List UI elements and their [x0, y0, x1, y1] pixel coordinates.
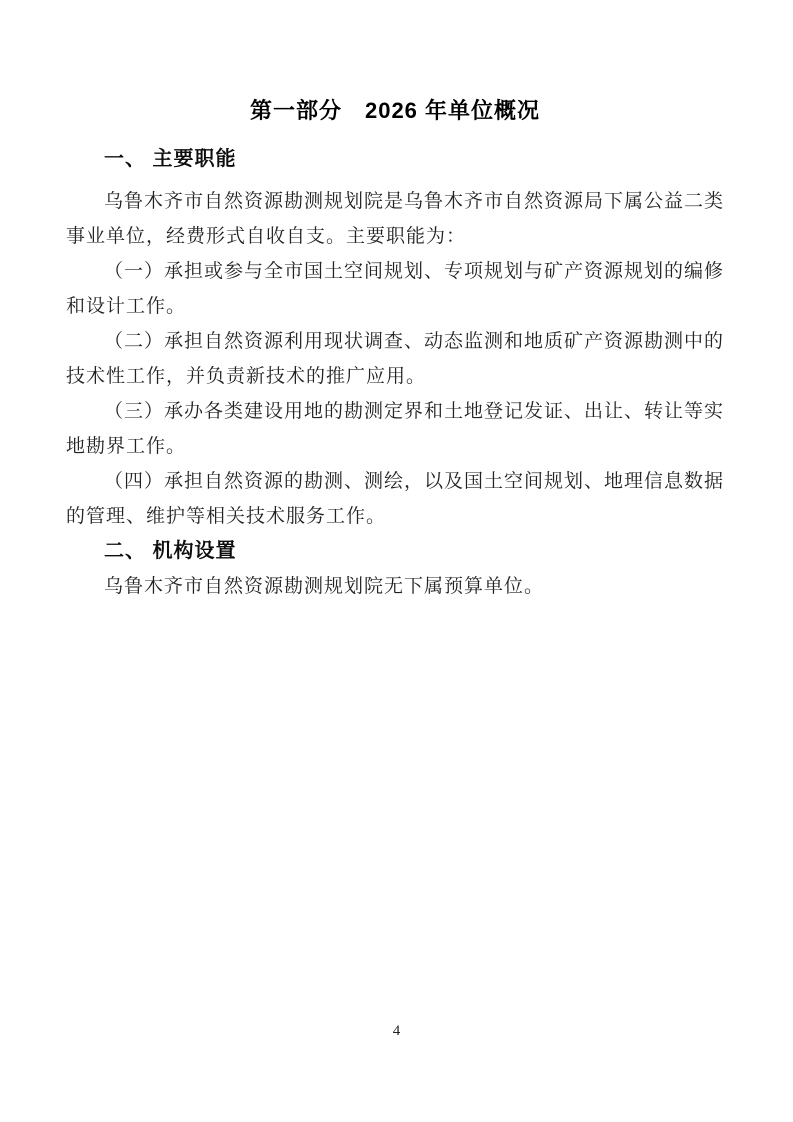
function-item-1: （一）承担或参与全市国土空间规划、专项规划与矿产资源规划的编修和设计工作。	[66, 254, 724, 324]
function-item-3: （三）承办各类建设用地的勘测定界和土地登记发证、出让、转让等实地勘界工作。	[66, 394, 724, 464]
page-title: 第一部分 2026 年单位概况	[66, 96, 724, 126]
section-1-heading: 一、 主要职能	[66, 142, 724, 177]
page-footer: 4	[0, 1022, 793, 1040]
page-number: 4	[393, 1023, 401, 1039]
page-content: 第一部分 2026 年单位概况 一、 主要职能 乌鲁木齐市自然资源勘测规划院是乌…	[66, 96, 724, 604]
function-item-2: （二）承担自然资源利用现状调查、动态监测和地质矿产资源勘测中的技术性工作，并负责…	[66, 324, 724, 394]
function-item-4: （四）承担自然资源的勘测、测绘，以及国土空间规划、地理信息数据的管理、维护等相关…	[66, 464, 724, 534]
section-1-intro: 乌鲁木齐市自然资源勘测规划院是乌鲁木齐市自然资源局下属公益二类事业单位，经费形式…	[66, 184, 724, 254]
document-page: 第一部分 2026 年单位概况 一、 主要职能 乌鲁木齐市自然资源勘测规划院是乌…	[0, 0, 793, 1122]
section-2-body: 乌鲁木齐市自然资源勘测规划院无下属预算单位。	[66, 569, 724, 604]
section-2-heading: 二、 机构设置	[66, 534, 724, 569]
